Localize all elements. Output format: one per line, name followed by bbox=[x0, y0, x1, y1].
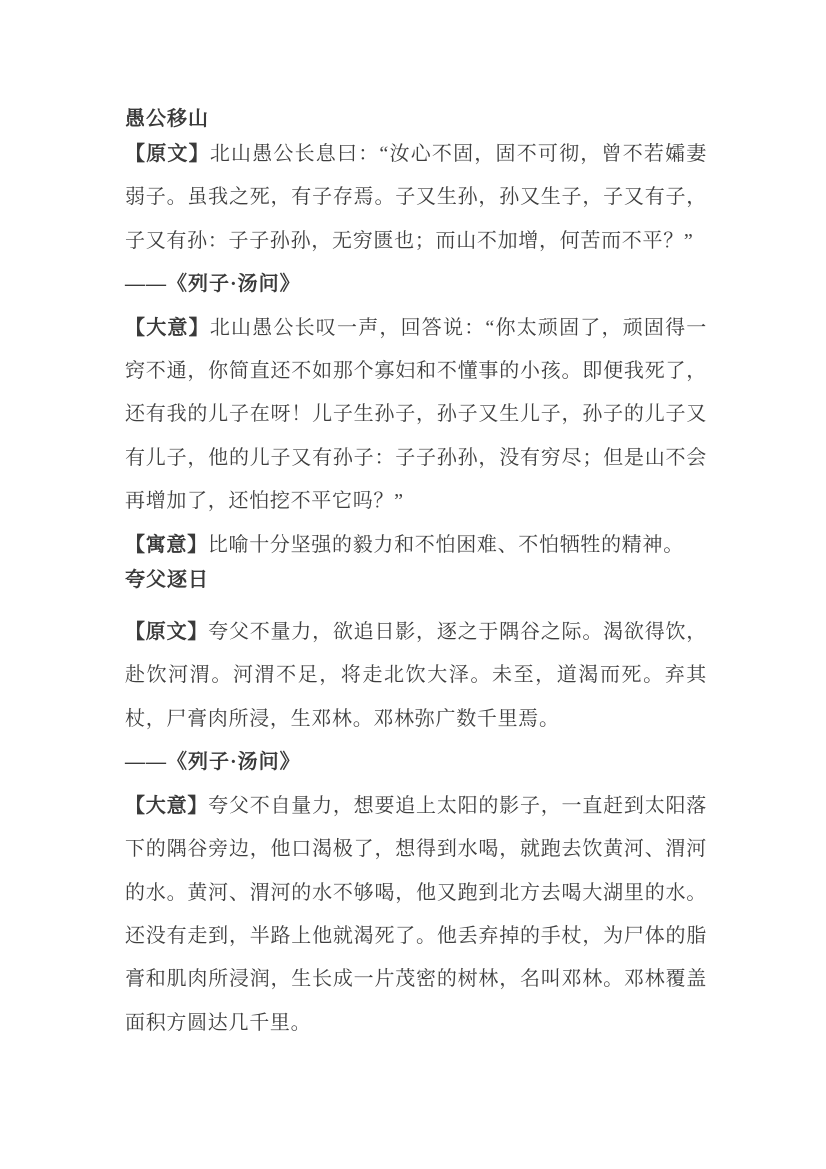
meaning-text: 北山愚公长叹一声，回答说：“你太顽固了，顽固得一窍不通，你简直还不如那个寡妇和不… bbox=[125, 317, 707, 513]
document-content: 愚公移山 【原文】北山愚公长息曰：“汝心不固，固不可彻，曾不若孀妻弱子。虽我之死… bbox=[125, 106, 707, 1045]
meaning-text: 夸父不自量力，想要追上太阳的影子，一直赶到太阳落下的隅谷旁边，他口渴极了，想得到… bbox=[125, 795, 707, 1034]
paragraph-original-yugong: 【原文】北山愚公长息曰：“汝心不固，固不可彻，曾不若孀妻弱子。虽我之死，有子存焉… bbox=[125, 133, 707, 263]
paragraph-meaning-yugong: 【大意】北山愚公长叹一声，回答说：“你太顽固了，顽固得一窍不通，你简直还不如那个… bbox=[125, 307, 707, 524]
story-title-yugong-yishan: 愚公移山 bbox=[125, 106, 707, 133]
original-label: 【原文】 bbox=[125, 143, 210, 165]
moral-label: 【寓意】 bbox=[125, 534, 208, 556]
source-citation-kuafu: ——《列子·汤问》 bbox=[125, 741, 707, 784]
document-page: 愚公移山 【原文】北山愚公长息曰：“汝心不固，固不可彻，曾不若孀妻弱子。虽我之死… bbox=[0, 0, 826, 1169]
source-citation-yugong: ——《列子·汤问》 bbox=[125, 263, 707, 306]
story-title-kuafu-zhuri: 夸父逐日 bbox=[125, 567, 707, 594]
meaning-label: 【大意】 bbox=[125, 317, 210, 339]
paragraph-original-kuafu: 【原文】夸父不量力，欲追日影，逐之于隅谷之际。渴欲得饮，赴饮河渭。河渭不足，将走… bbox=[125, 611, 707, 741]
original-text: 夸父不量力，欲追日影，逐之于隅谷之际。渴欲得饮，赴饮河渭。河渭不足，将走北饮大泽… bbox=[125, 621, 707, 730]
meaning-label: 【大意】 bbox=[125, 795, 208, 817]
paragraph-meaning-kuafu: 【大意】夸父不自量力，想要追上太阳的影子，一直赶到太阳落下的隅谷旁边，他口渴极了… bbox=[125, 785, 707, 1045]
paragraph-moral-yugong: 【寓意】比喻十分坚强的毅力和不怕困难、不怕牺牲的精神。 bbox=[125, 524, 707, 567]
original-label: 【原文】 bbox=[125, 621, 208, 643]
moral-text: 比喻十分坚强的毅力和不怕困难、不怕牺牲的精神。 bbox=[208, 534, 684, 556]
original-text: 北山愚公长息曰：“汝心不固，固不可彻，曾不若孀妻弱子。虽我之死，有子存焉。子又生… bbox=[125, 143, 707, 252]
